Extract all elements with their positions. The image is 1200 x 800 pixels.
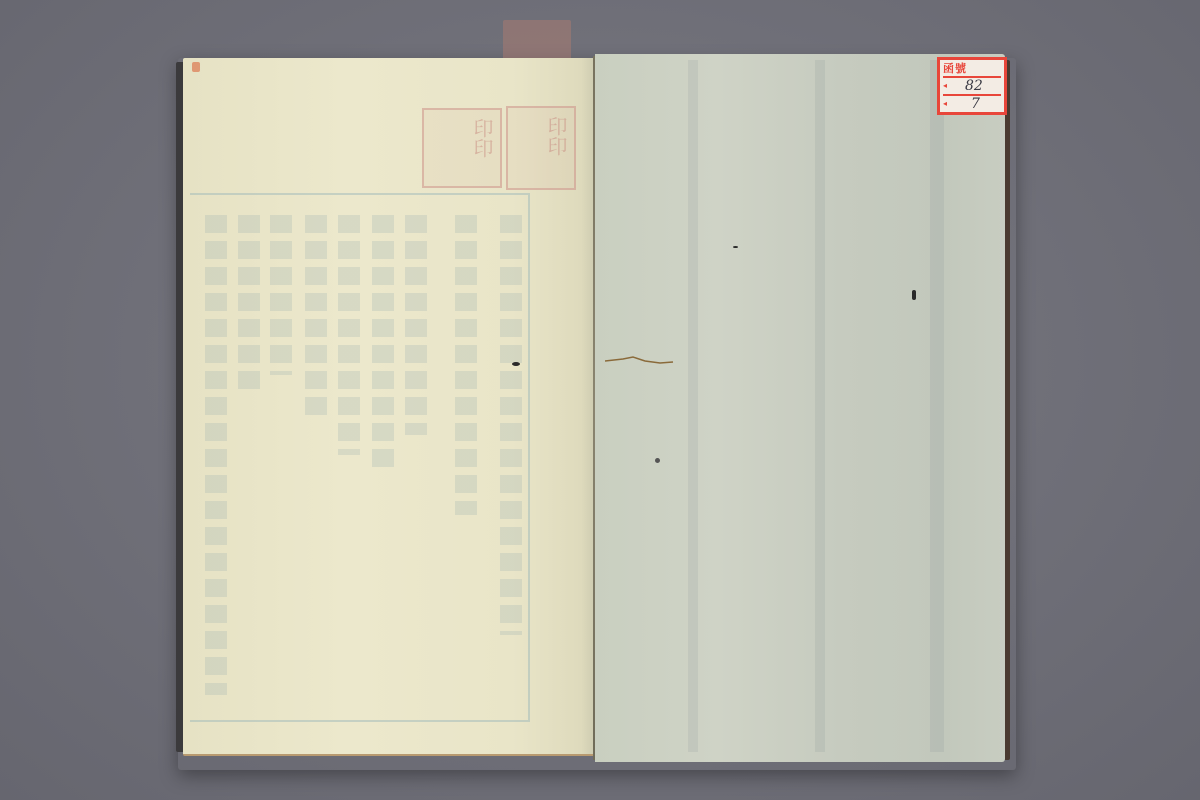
ink-speck xyxy=(655,458,660,463)
label-volume-row: ◂ 7 xyxy=(943,96,1001,112)
volume-prefix-mark: ◂ xyxy=(943,96,947,112)
ink-speck xyxy=(733,246,738,248)
paper-crease xyxy=(605,355,675,369)
case-number: 82 xyxy=(965,78,983,94)
bleed-text-column xyxy=(305,215,327,415)
bleed-text-column xyxy=(205,215,227,695)
paper-stain xyxy=(688,60,698,752)
faded-seal-top xyxy=(503,20,571,60)
bleed-text-column xyxy=(455,215,477,515)
label-case-row: ◂ 82 xyxy=(943,78,1001,96)
library-call-number-label: 函號 ◂ 82 ◂ 7 xyxy=(937,57,1007,115)
label-header: 函號 xyxy=(943,62,1001,78)
bleed-text-column xyxy=(405,215,427,435)
paper-stain xyxy=(815,60,825,752)
bleed-text-column xyxy=(372,215,394,475)
bleed-text-column xyxy=(270,215,292,375)
seal-glyphs: 印印 xyxy=(546,116,566,156)
paper-stain xyxy=(930,60,944,752)
ink-speck xyxy=(512,362,520,366)
seal-glyphs: 印印 xyxy=(472,118,492,158)
case-prefix-mark: ◂ xyxy=(943,78,947,94)
bleed-text-column xyxy=(238,215,260,395)
ghost-seal-square: 印印 xyxy=(422,108,502,188)
bleed-text-column xyxy=(338,215,360,455)
ghost-seal-tall: 印印 xyxy=(506,106,576,190)
red-corner-mark xyxy=(192,62,200,72)
volume-number: 7 xyxy=(971,96,980,112)
ink-speck xyxy=(912,290,916,300)
bleed-text-column xyxy=(500,215,522,635)
